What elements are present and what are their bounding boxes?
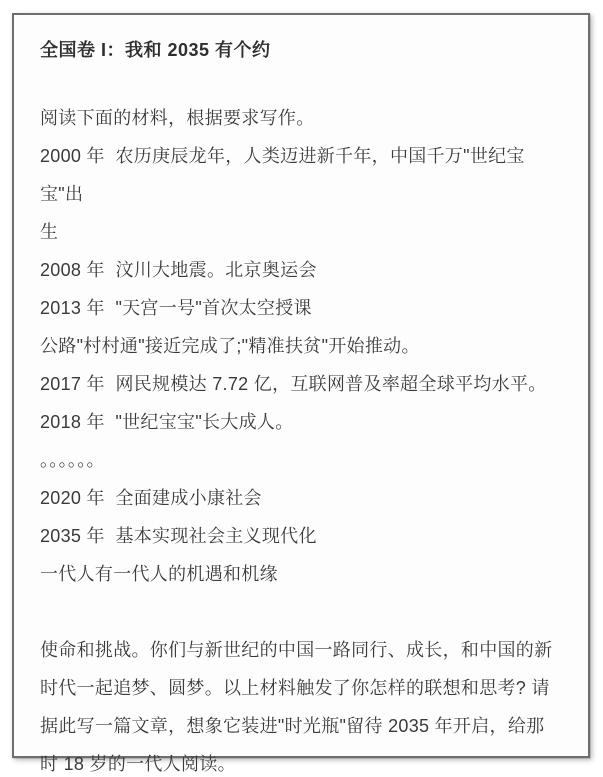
text-line: 阅读下面的材料，根据要求写作。	[40, 99, 568, 137]
text-line: 2000 年 农历庚辰龙年，人类迈进新千年，中国千万"世纪宝宝"出	[40, 137, 568, 213]
text-line: 公路"村村通"接近完成了;"精准扶贫"开始推动。	[40, 327, 568, 365]
text-line: 使命和挑战。你们与新世纪的中国一路同行、成长，和中国的新	[40, 631, 568, 669]
text-line: 生	[40, 213, 568, 251]
document-title: 全国卷 I：我和 2035 有个约	[40, 37, 568, 63]
document-page: 全国卷 I：我和 2035 有个约 阅读下面的材料，根据要求写作。2000 年 …	[12, 13, 590, 758]
text-line: 2020 年 全面建成小康社会	[40, 479, 568, 517]
text-line: 。。。。。。	[40, 441, 568, 479]
text-line: 一代人有一代人的机遇和机缘	[40, 555, 568, 593]
text-line	[40, 593, 568, 631]
text-line: 2017 年 网民规模达 7.72 亿，互联网普及率超全球平均水平。	[40, 365, 568, 403]
text-line: 2035 年 基本实现社会主义现代化	[40, 517, 568, 555]
text-line: 2018 年 "世纪宝宝"长大成人。	[40, 403, 568, 441]
text-line: 2008 年 汶川大地震。北京奥运会	[40, 251, 568, 289]
text-line: 时代一起追梦、圆梦。以上材料触发了你怎样的联想和思考? 请	[40, 669, 568, 707]
text-line: 据此写一篇文章，想象它装进"时光瓶"留待 2035 年开启，给那	[40, 707, 568, 745]
document-body: 阅读下面的材料，根据要求写作。2000 年 农历庚辰龙年，人类迈进新千年，中国千…	[40, 99, 568, 777]
document-canvas: 全国卷 I：我和 2035 有个约 阅读下面的材料，根据要求写作。2000 年 …	[0, 0, 603, 777]
text-line: 2013 年 "天宫一号"首次太空授课	[40, 289, 568, 327]
text-line: 时 18 岁的一代人阅读。	[40, 745, 568, 777]
